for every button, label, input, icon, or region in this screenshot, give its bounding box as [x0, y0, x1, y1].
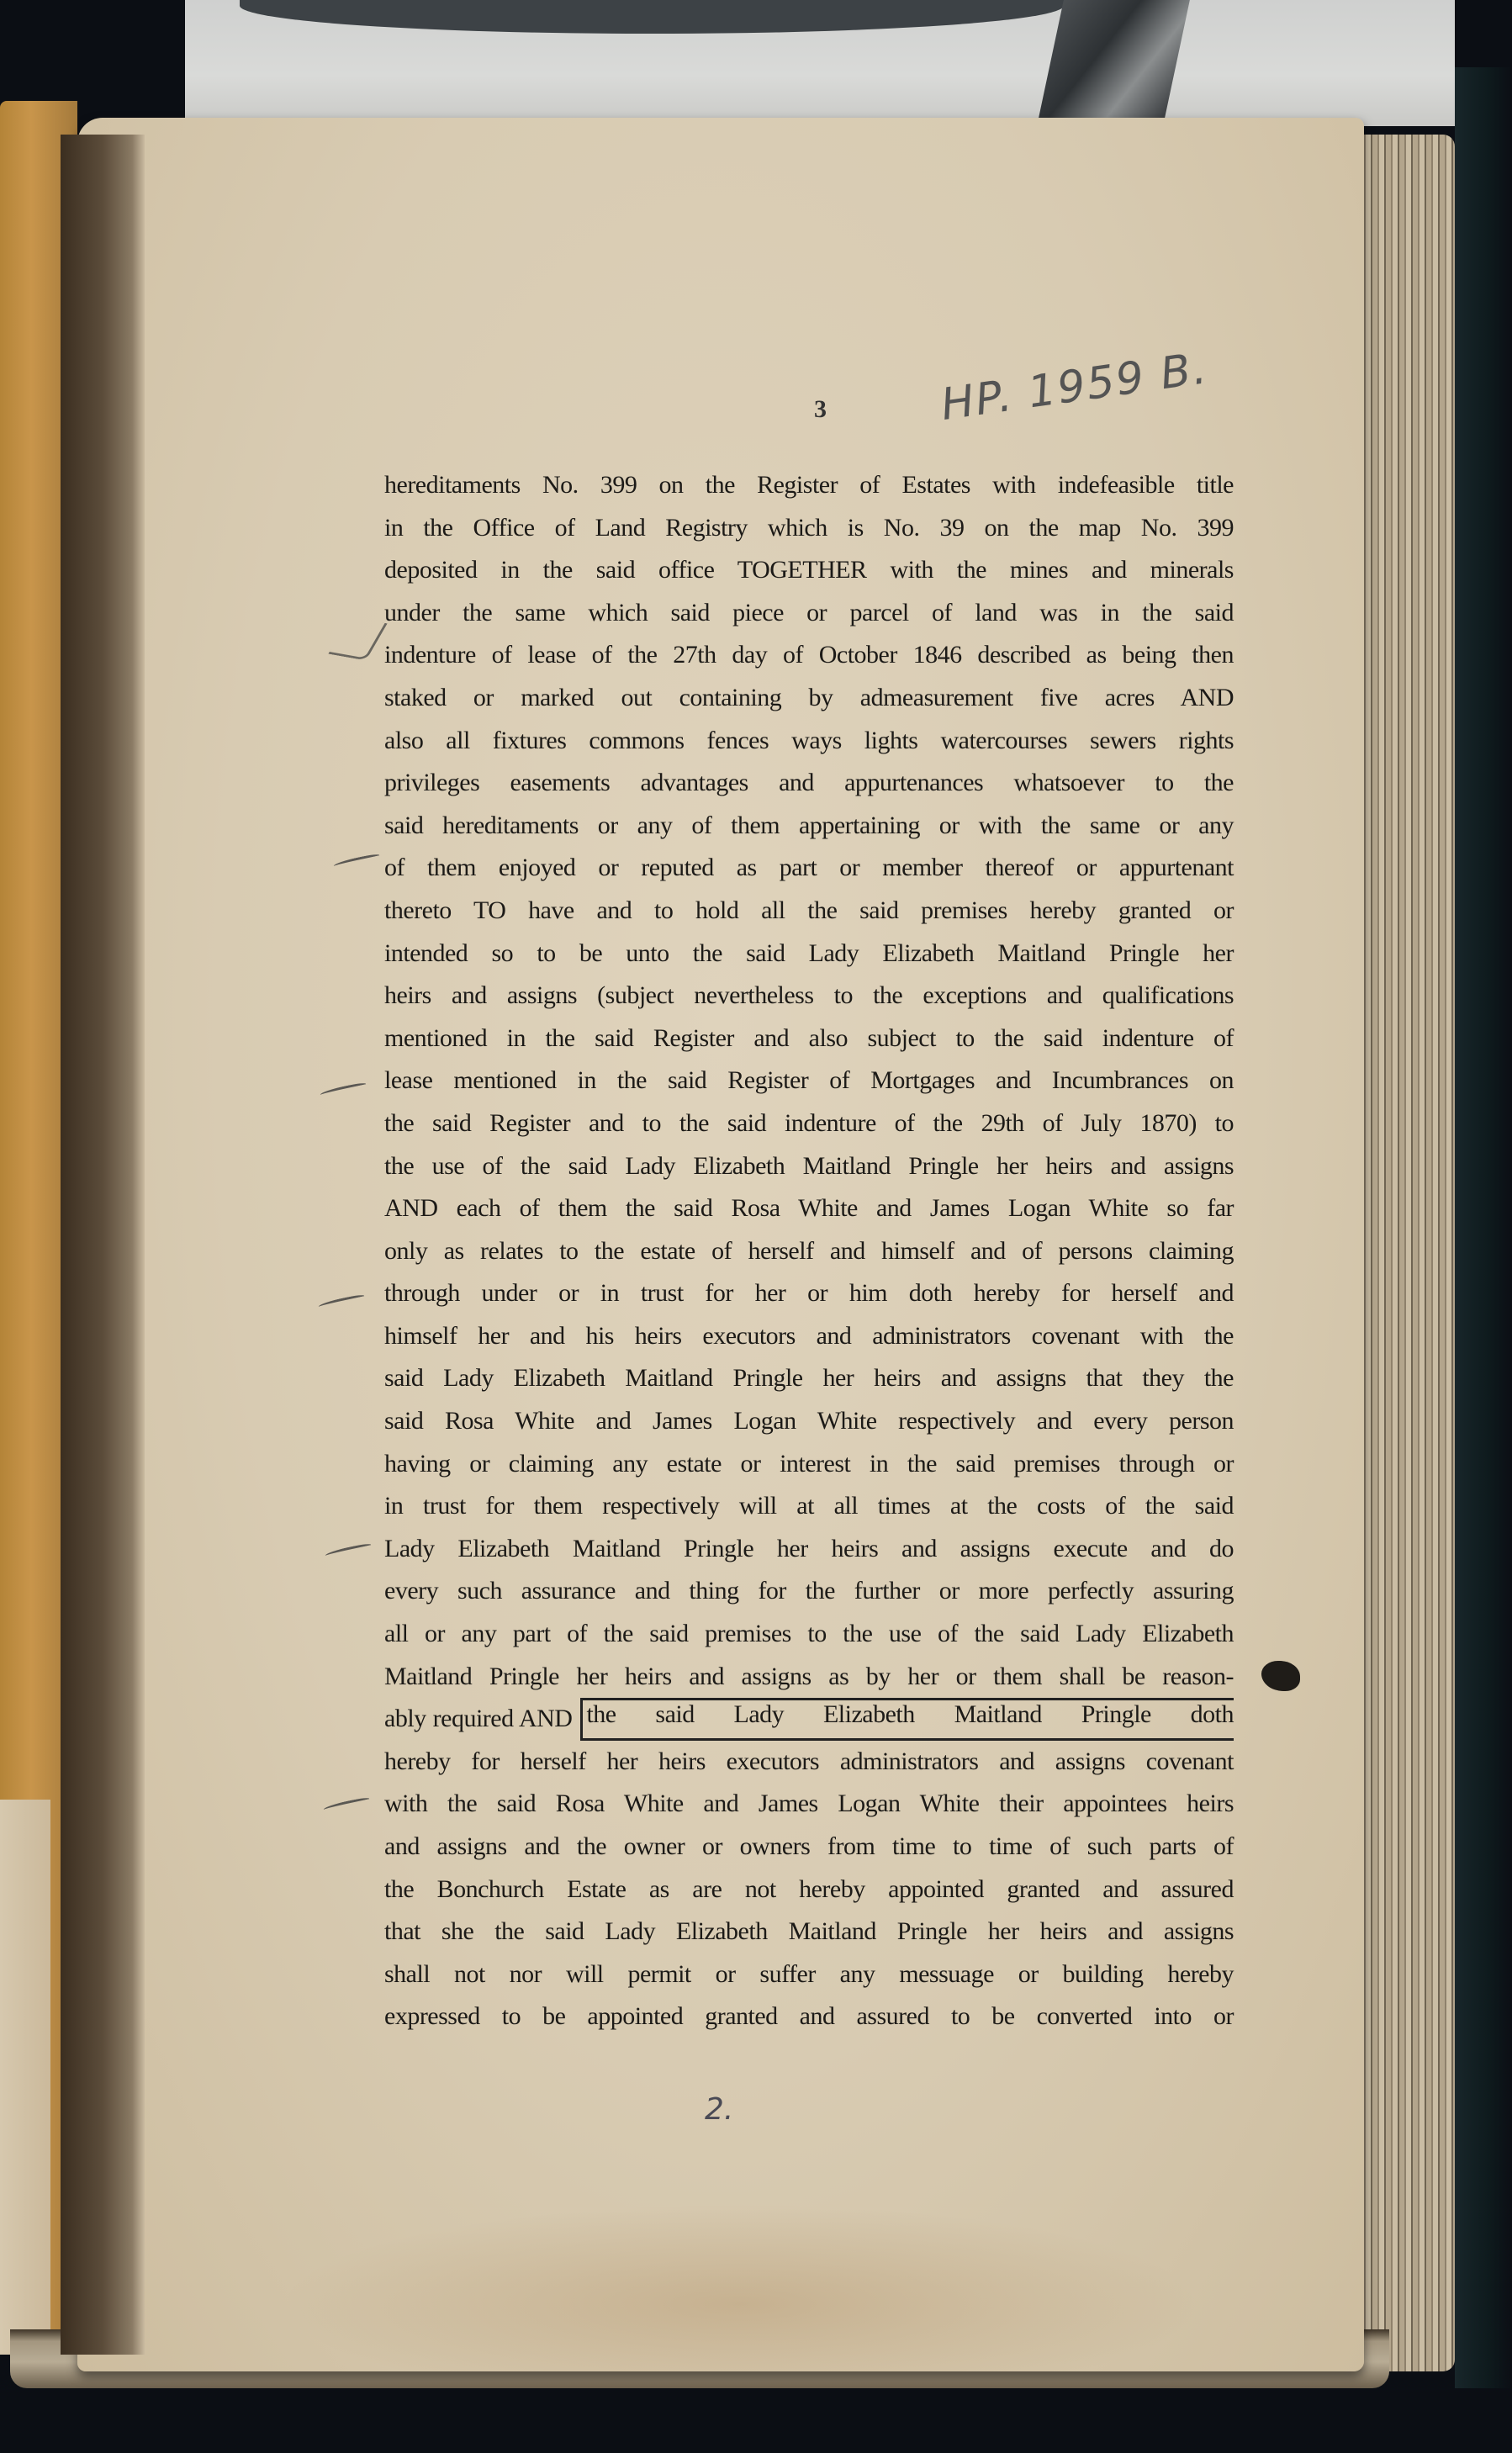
text-line: with the said Rosa White and James Logan… — [384, 1783, 1234, 1826]
text-line: lease mentioned in the said Register of … — [384, 1060, 1234, 1102]
text-line: under the same which said piece or parce… — [384, 592, 1234, 635]
text-line: indenture of lease of the 27th day of Oc… — [384, 634, 1234, 677]
text-line: through under or in trust for her or him… — [384, 1272, 1234, 1315]
gutter-shadow — [61, 135, 145, 2355]
text-line: said Lady Elizabeth Maitland Pringle her… — [384, 1357, 1234, 1400]
text-line: having or claiming any estate or interes… — [384, 1443, 1234, 1486]
text-line: the use of the said Lady Elizabeth Maitl… — [384, 1145, 1234, 1188]
background-ribbon — [1039, 0, 1190, 118]
text-line: shall not nor will permit or suffer any … — [384, 1953, 1234, 1996]
text-line: deposited in the said office TOGETHER wi… — [384, 549, 1234, 592]
text-line: thereto TO have and to hold all the said… — [384, 890, 1234, 933]
text-line: Maitland Pringle her heirs and assigns a… — [384, 1656, 1234, 1699]
text-line-start: ably required AND — [384, 1698, 572, 1741]
text-line: said hereditaments or any of them appert… — [384, 805, 1234, 848]
book-back-board — [1455, 67, 1512, 2388]
text-line: said Rosa White and James Logan White re… — [384, 1400, 1234, 1443]
text-line: also all fixtures commons fences ways li… — [384, 720, 1234, 763]
text-line: all or any part of the said premises to … — [384, 1613, 1234, 1656]
text-line: in trust for them respectively will at a… — [384, 1485, 1234, 1528]
handwritten-bracket-mark: the said Lady Elizabeth Maitland Pringle… — [580, 1698, 1234, 1741]
text-line: staked or marked out containing by admea… — [384, 677, 1234, 720]
facing-page-worn-edge — [0, 1800, 50, 2355]
bleed-through-stain — [278, 2203, 1203, 2371]
text-line-with-bracket: ably required AND the said Lady Elizabet… — [384, 1698, 1234, 1741]
text-line: of them enjoyed or reputed as part or me… — [384, 847, 1234, 890]
text-line: that she the said Lady Elizabeth Maitlan… — [384, 1911, 1234, 1953]
text-line: AND each of them the said Rosa White and… — [384, 1187, 1234, 1230]
text-line: only as relates to the estate of herself… — [384, 1230, 1234, 1273]
folio-mark: 3 — [814, 395, 827, 424]
text-line: every such assurance and thing for the f… — [384, 1570, 1234, 1613]
text-line: hereditaments No. 399 on the Register of… — [384, 464, 1234, 507]
handwritten-page-number: 2. — [705, 2092, 733, 2127]
text-line: heirs and assigns (subject nevertheless … — [384, 975, 1234, 1018]
text-line: and assigns and the owner or owners from… — [384, 1826, 1234, 1869]
text-line: privileges easements advantages and appu… — [384, 762, 1234, 805]
text-line: mentioned in the said Register and also … — [384, 1018, 1234, 1060]
text-line: expressed to be appointed granted and as… — [384, 1996, 1234, 2038]
text-line: hereby for herself her heirs executors a… — [384, 1741, 1234, 1784]
document-body-text: hereditaments No. 399 on the Register of… — [384, 464, 1234, 2038]
text-line: intended so to be unto the said Lady Eli… — [384, 933, 1234, 975]
text-line: Lady Elizabeth Maitland Pringle her heir… — [384, 1528, 1234, 1571]
text-line: the Bonchurch Estate as are not hereby a… — [384, 1869, 1234, 1911]
text-line: in the Office of Land Registry which is … — [384, 507, 1234, 550]
text-line: the said Register and to the said indent… — [384, 1102, 1234, 1145]
text-line: himself her and his heirs executors and … — [384, 1315, 1234, 1358]
